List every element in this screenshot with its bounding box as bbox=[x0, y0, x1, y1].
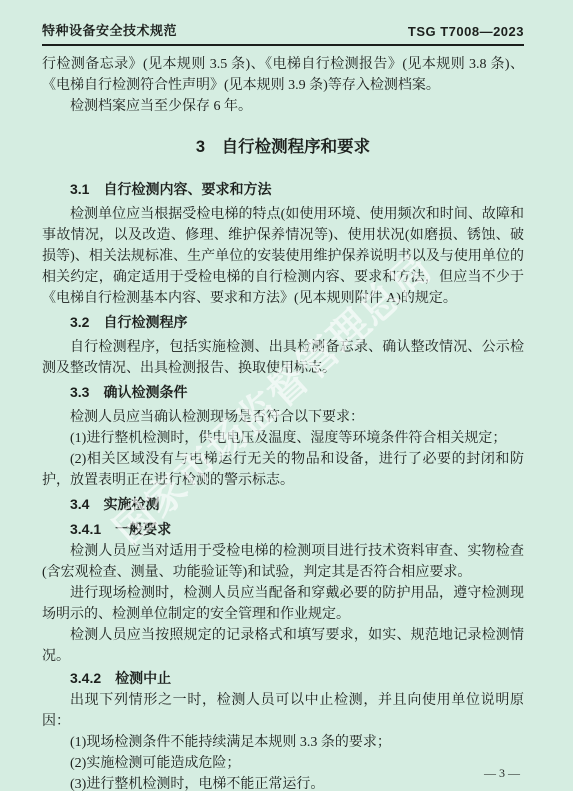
list-item-paragraph: (1)现场检测条件不能持续满足本规则 3.3 条的要求； bbox=[42, 732, 524, 753]
paragraph: 检测人员应当对适用于受检电梯的检测项目进行技术资料审查、实物检查(含宏观检查、测… bbox=[42, 541, 524, 583]
list-item-paragraph: (2)相关区域没有与电梯运行无关的物品和设备，进行了必要的封闭和防护，放置表明正… bbox=[42, 449, 524, 491]
page-number: — 3 — bbox=[484, 766, 520, 781]
list-item-paragraph: (2)实施检测可能造成危险； bbox=[42, 753, 524, 774]
paragraph: 检测人员应当确认检测现场是否符合以下要求： bbox=[42, 407, 524, 428]
document-body: 行检测备忘录》(见本规则 3.5 条)、《电梯自行检测报告》(见本规则 3.8 … bbox=[42, 54, 524, 791]
section-heading-3-4: 3.4 实施检测 bbox=[42, 494, 524, 515]
paragraph: 自行检测程序，包括实施检测、出具检测备忘录、确认整改情况、公示检测及整改情况、出… bbox=[42, 337, 524, 379]
sub-heading-3-4-2: 3.4.2 检测中止 bbox=[42, 668, 524, 689]
paragraph: 行检测备忘录》(见本规则 3.5 条)、《电梯自行检测报告》(见本规则 3.8 … bbox=[42, 54, 524, 96]
sub-heading-3-4-1: 3.4.1 一般要求 bbox=[42, 519, 524, 540]
document-page: 特种设备安全技术规范 TSG T7008—2023 行检测备忘录》(见本规则 3… bbox=[0, 0, 573, 791]
page-header: 特种设备安全技术规范 TSG T7008—2023 bbox=[42, 20, 524, 46]
chapter-heading: 3 自行检测程序和要求 bbox=[42, 135, 524, 159]
paragraph: 进行现场检测时，检测人员应当配备和穿戴必要的防护用品，遵守检测现场明示的、检测单… bbox=[42, 583, 524, 625]
section-heading-3-2: 3.2 自行检测程序 bbox=[42, 312, 524, 333]
header-document-code: TSG T7008—2023 bbox=[408, 24, 524, 39]
section-heading-3-1: 3.1 自行检测内容、要求和方法 bbox=[42, 179, 524, 200]
list-item-paragraph: (3)进行整机检测时，电梯不能正常运行。 bbox=[42, 774, 524, 791]
paragraph: 检测档案应当至少保存 6 年。 bbox=[42, 96, 524, 117]
paragraph: 检测人员应当按照规定的记录格式和填写要求，如实、规范地记录检测情况。 bbox=[42, 625, 524, 667]
paragraph: 检测单位应当根据受检电梯的特点(如使用环境、使用频次和时间、故障和事故情况，以及… bbox=[42, 204, 524, 309]
header-spec-title: 特种设备安全技术规范 bbox=[42, 20, 177, 39]
list-item-paragraph: (1)进行整机检测时，供电电压及温度、湿度等环境条件符合相关规定； bbox=[42, 428, 524, 449]
paragraph: 出现下列情形之一时，检测人员可以中止检测，并且向使用单位说明原因： bbox=[42, 690, 524, 732]
section-heading-3-3: 3.3 确认检测条件 bbox=[42, 382, 524, 403]
